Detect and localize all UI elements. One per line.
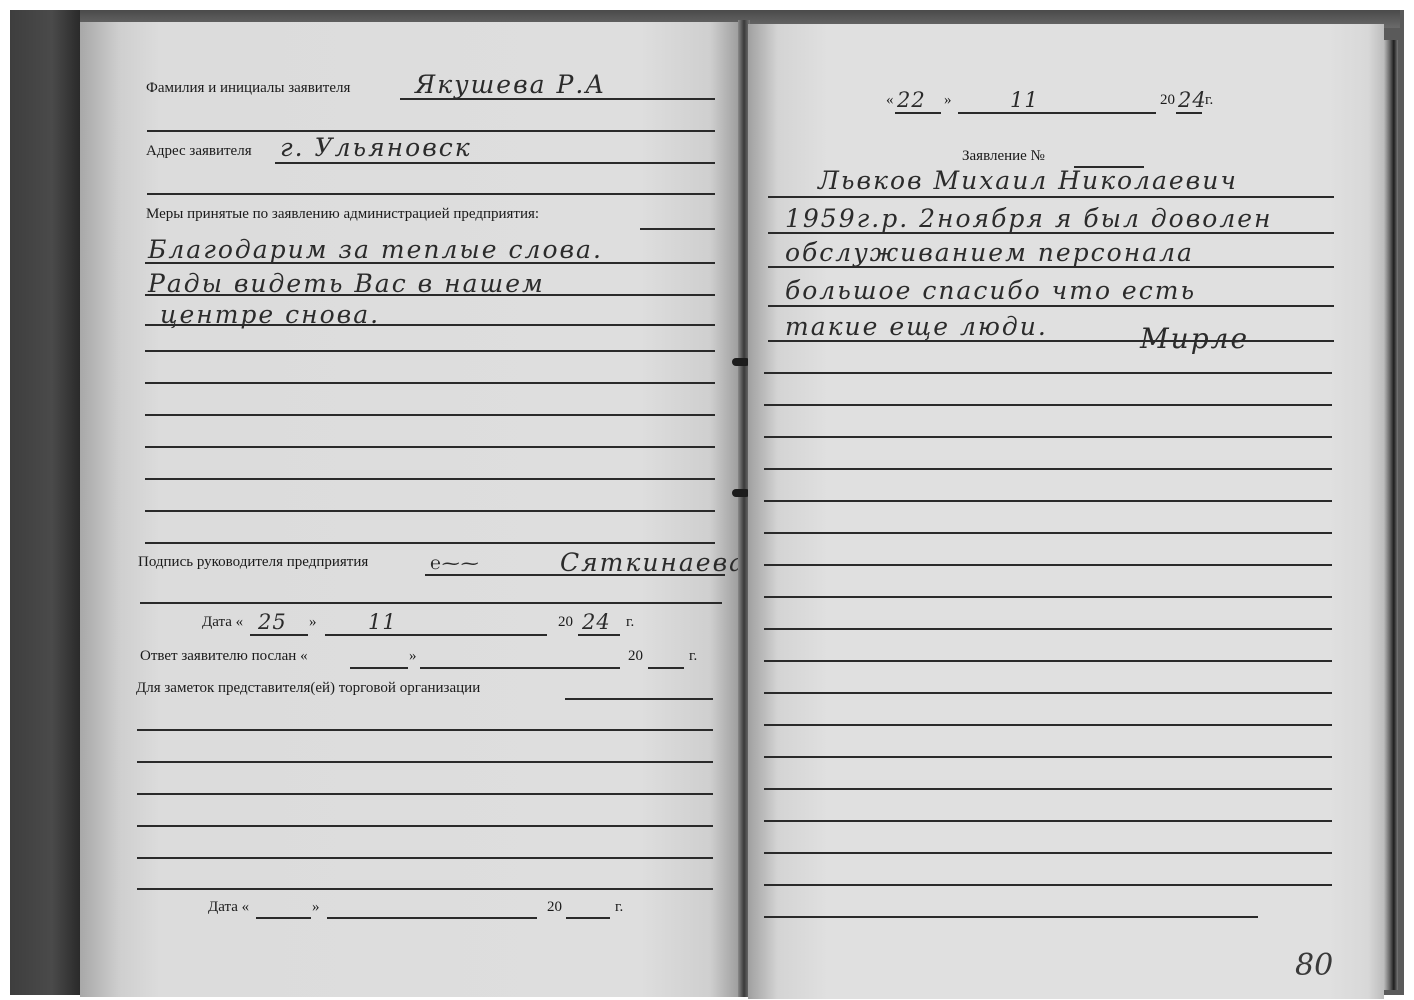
statement-date-month: 11 [1010,88,1039,112]
statement-line-2: 1959г.р. 2ноября я был доволен [785,204,1273,233]
rule [764,628,1332,630]
manager-signature-scribble: ℮⁓⁓ [430,553,480,574]
rule [764,468,1332,470]
rule [764,564,1332,566]
reply-sent-month-field [420,667,620,669]
rule [145,294,715,296]
book-cover-left [10,10,80,995]
date-2-year-field [566,917,610,919]
applicant-address-label: Адрес заявителя [146,143,252,160]
rule [768,305,1334,307]
applicant-address-value: г. Ульяновск [280,133,472,162]
statement-date-year-mark: г. [1205,92,1213,109]
rule [275,162,715,164]
reply-sent-day-field [350,667,408,669]
rule [145,542,715,544]
manager-signature-value: Сяткинаева [560,548,746,577]
rule [137,793,713,795]
rule [145,324,715,326]
reply-sent-close-quote: » [409,648,417,665]
applicant-name-label: Фамилия и инициалы заявителя [146,80,350,97]
statement-date-year-suffix: 24 [1178,88,1207,112]
rule [764,436,1332,438]
rule [325,634,547,636]
rule [768,232,1334,234]
rule [768,196,1334,198]
rule [764,852,1332,854]
statement-date-day: 22 [897,88,926,112]
applicant-name-value: Якушева Р.А [415,70,606,99]
rule [137,857,713,859]
rule [764,596,1332,598]
rule [768,340,1334,342]
manager-signature-label: Подпись руководителя предприятия [138,554,368,571]
rule [145,510,715,512]
statement-date-open-quote: « [886,92,894,109]
rule [145,350,715,352]
rule [145,478,715,480]
rule [764,884,1332,886]
rule [137,888,713,890]
rule [137,761,713,763]
rule [764,788,1332,790]
rule [764,692,1332,694]
reply-sent-label: Ответ заявителю послан « [140,648,308,665]
rule [140,602,722,604]
date-1-label: Дата « [202,614,243,631]
rule [764,756,1332,758]
rule [425,574,725,576]
rule [137,729,713,731]
date-1-year-suffix: 24 [582,610,611,634]
date-1-close-quote: » [309,614,317,631]
rule [250,634,308,636]
statement-number-label: Заявление № [962,148,1045,165]
rule [764,372,1332,374]
rule [764,724,1332,726]
rule [145,262,715,264]
rule [764,660,1332,662]
measures-label: Меры принятые по заявлению администрацие… [146,206,539,223]
measures-line-1: Благодарим за теплые слова. [148,235,603,264]
rule [764,532,1332,534]
rule [895,112,941,114]
date-2-month-field [327,917,537,919]
date-2-close-quote: » [312,899,320,916]
statement-line-3: обслуживанием персонала [785,238,1194,267]
date-1-year-mark: г. [626,614,634,631]
statement-date-close-quote: » [944,92,952,109]
date-2-label: Дата « [208,899,249,916]
rule [1176,112,1202,114]
page-number: 80 [1295,948,1333,983]
reply-sent-year-prefix: 20 [628,648,643,665]
rule [147,130,715,132]
rule [137,825,713,827]
date-2-year-mark: г. [615,899,623,916]
rule [764,500,1332,502]
statement-line-1: Львков Михаил Николаевич [818,166,1238,195]
applicant-signature: Мирле [1140,322,1249,355]
notes-label: Для заметок представителя(ей) торговой о… [136,680,480,697]
rule [145,414,715,416]
rule [768,266,1334,268]
rule [565,698,713,700]
rule [764,404,1332,406]
rule [958,112,1156,114]
date-1-day: 25 [258,610,287,634]
rule [400,98,715,100]
statement-date-year-prefix: 20 [1160,92,1175,109]
rule [764,916,1258,918]
rule [640,228,715,230]
statement-line-5: такие еще люди. [785,312,1048,341]
book-page-edges [1384,40,1398,990]
rule [145,446,715,448]
date-2-day-field [256,917,311,919]
statement-line-4: большое спасибо что есть [785,276,1196,305]
reply-sent-year-field [648,667,684,669]
rule [578,634,620,636]
date-1-year-prefix: 20 [558,614,573,631]
date-2-year-prefix: 20 [547,899,562,916]
reply-sent-year-mark: г. [689,648,697,665]
rule [147,193,715,195]
rule [764,820,1332,822]
date-1-month: 11 [368,610,397,634]
rule [145,382,715,384]
